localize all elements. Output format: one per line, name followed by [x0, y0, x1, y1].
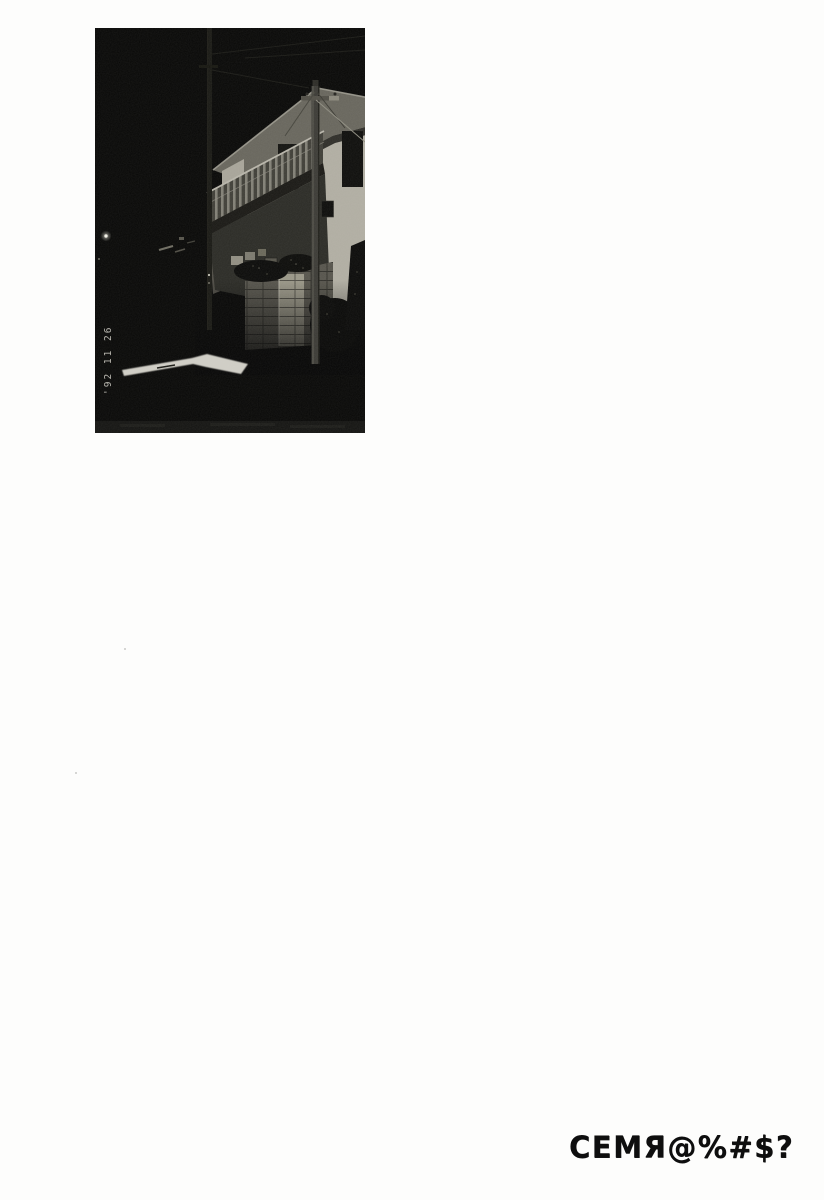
scanlation-credit: СЕМЯ@%#$? — [569, 1129, 779, 1166]
manga-page: '92 11 26 СЕМЯ@%#$? — [0, 0, 824, 1200]
night-photo-canvas: '92 11 26 — [95, 28, 365, 433]
scan-speck — [124, 648, 126, 650]
night-photo: '92 11 26 — [95, 28, 365, 433]
film-grain — [95, 28, 365, 433]
scan-speck — [75, 772, 77, 774]
